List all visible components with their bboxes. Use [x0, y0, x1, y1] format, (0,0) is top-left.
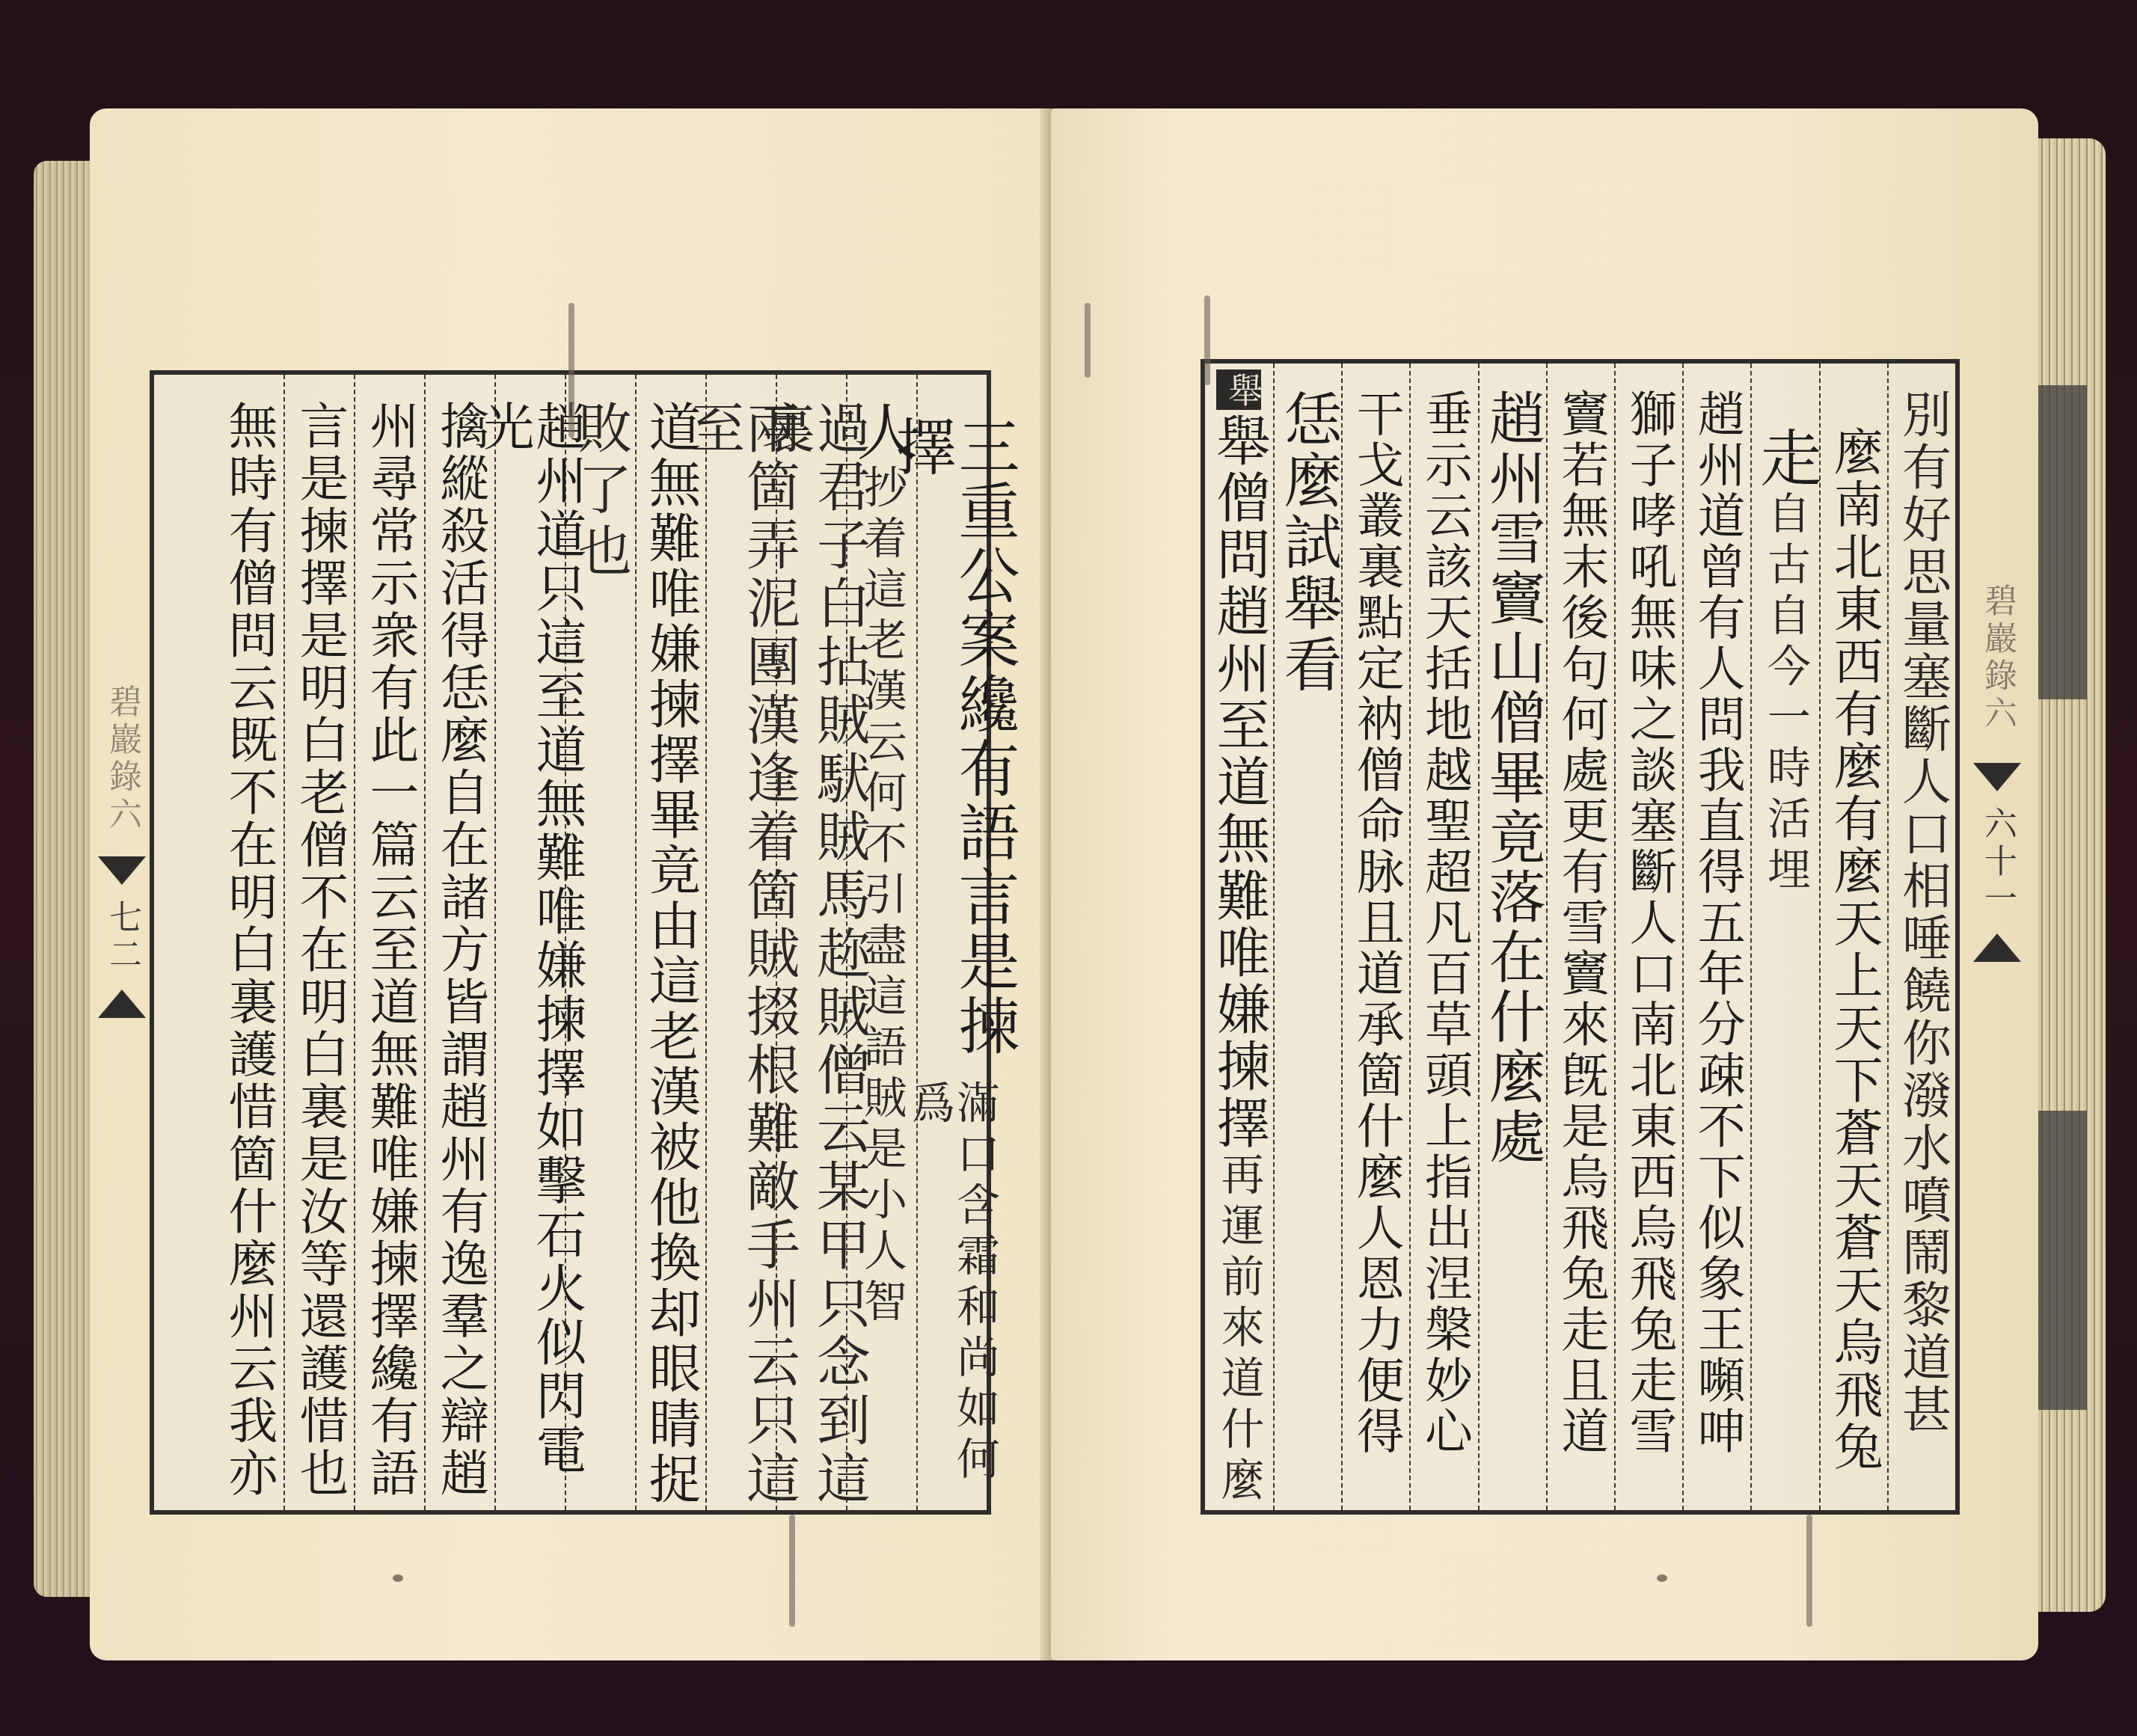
text-column: 竇若無末後句何處更有雪竇來旣是烏飛兔走且道	[1546, 364, 1614, 1510]
text-column: 擒縱殺活得恁麼自在諸方皆謂趙州有逸羣之辯趙	[424, 375, 494, 1510]
fishtail-bottom-icon	[98, 990, 146, 1018]
left-folio-strip: 碧巖錄六 七二	[96, 370, 148, 1515]
text-column: 趙州雪竇山僧畢竟落在什麼處	[1478, 364, 1546, 1510]
text-column: 獅子哮吼無味之談塞斷人口南北東西烏飛兔走雪	[1614, 364, 1682, 1510]
binding-thread	[1204, 295, 1210, 385]
text-column: 兩箇弄泥團漢逢着箇賊掇根難敵手州云只這至	[705, 375, 776, 1510]
binding-hole	[1657, 1574, 1667, 1582]
text-column: 干戈叢裏點定衲僧命脉且道承箇什麼人恩力便得	[1341, 364, 1409, 1510]
text-column: 恁麼試舉看	[1273, 364, 1341, 1510]
fishtail-bottom-icon	[1973, 933, 2021, 962]
text-column: 麼南北東西有麼有麼天上天下蒼天蒼天烏飛兔	[1819, 364, 1887, 1510]
right-text-frame: 別有好思量塞斷人口相唾饒你潑水噴鬧黎道甚 麼南北東西有麼有麼天上天下蒼天蒼天烏飛…	[1201, 359, 1960, 1515]
right-page: 別有好思量塞斷人口相唾饒你潑水噴鬧黎道甚 麼南北東西有麼有麼天上天下蒼天蒼天烏飛…	[1051, 108, 2038, 1660]
left-text-frame: 三重公案纔有語言是揀擇 滿口含霜和尚如何爲 人 抄着這老漢云何不引盡這語賊是小人…	[150, 370, 991, 1515]
page-number: 七二	[98, 900, 146, 975]
text-column: 三重公案纔有語言是揀擇 滿口含霜和尚如何爲	[916, 375, 987, 1510]
text-column: 言是揀擇是明白老僧不在明白裏是汝等還護惜也	[283, 375, 354, 1510]
text-column: 走 自古自今一時活埋	[1750, 364, 1818, 1510]
text-column: 無時有僧問云既不在明白裏護惜箇什麼州云我亦	[213, 375, 283, 1510]
text-column: 道無難唯嫌揀擇畢竟由這老漢被他換却眼睛捉	[635, 375, 705, 1510]
text-column: 別有好思量塞斷人口相唾饒你潑水噴鬧黎道甚	[1887, 364, 1955, 1510]
open-book: 碧巖錄六 七二 三重公案纔有語言是揀擇 滿口含霜和尚如何爲 人 抄着這老漢云何不…	[34, 108, 2106, 1660]
binding-hole	[393, 1574, 403, 1582]
binding-thread	[1085, 303, 1091, 378]
text-column: 州尋常示衆有此一篇云至道無難唯嫌揀擇纔有語	[354, 375, 424, 1510]
folio-title: 碧巖錄六	[98, 684, 146, 834]
binding-thread	[789, 1515, 795, 1627]
right-folio-strip: 碧巖錄六 六十一	[1971, 359, 2023, 1515]
left-page: 碧巖錄六 七二 三重公案纔有語言是揀擇 滿口含霜和尚如何爲 人 抄着這老漢云何不…	[90, 108, 1073, 1660]
text-column: 趙州道曾有人問我直得五年分疎不下似象王嚬呻	[1682, 364, 1750, 1510]
left-page-edges	[34, 161, 97, 1597]
binding-thread	[1806, 1515, 1812, 1627]
page-number: 六十一	[1973, 806, 2021, 918]
folio-title: 碧巖錄六	[1973, 583, 2021, 733]
fishtail-top-icon	[98, 856, 146, 885]
text-column: 舉 舉僧問趙州至道無難唯嫌揀擇 再運前來道什麼	[1205, 364, 1273, 1510]
binding-thread	[568, 303, 574, 438]
fishtail-top-icon	[1973, 763, 2021, 791]
text-column: 趙州道只這至道無難唯嫌揀擇如擊石火似閃電光	[494, 375, 565, 1510]
text-column: 垂示云該天括地越聖超凡百草頭上指出涅槃妙心	[1409, 364, 1477, 1510]
ju-block-mark: 舉	[1216, 369, 1261, 410]
